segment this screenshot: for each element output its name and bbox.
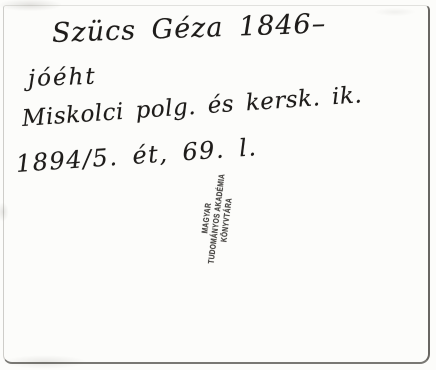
scanned-photo-back: Szücs Géza 1846– jóéht Miskolci polg. és… [0, 0, 436, 370]
library-stamp: MAGYAR TUDOMÁNYOS AKADÉMIA KÖNYVTÁRA [193, 174, 241, 264]
handwriting-note: jóéht [28, 64, 98, 92]
handwriting-yearbook-reference: 1894/5. ét, 69. l. [15, 133, 258, 178]
handwriting-name-and-year: Szücs Géza 1846– [51, 8, 326, 49]
paper-card: Szücs Géza 1846– jóéht Miskolci polg. és… [0, 0, 436, 370]
